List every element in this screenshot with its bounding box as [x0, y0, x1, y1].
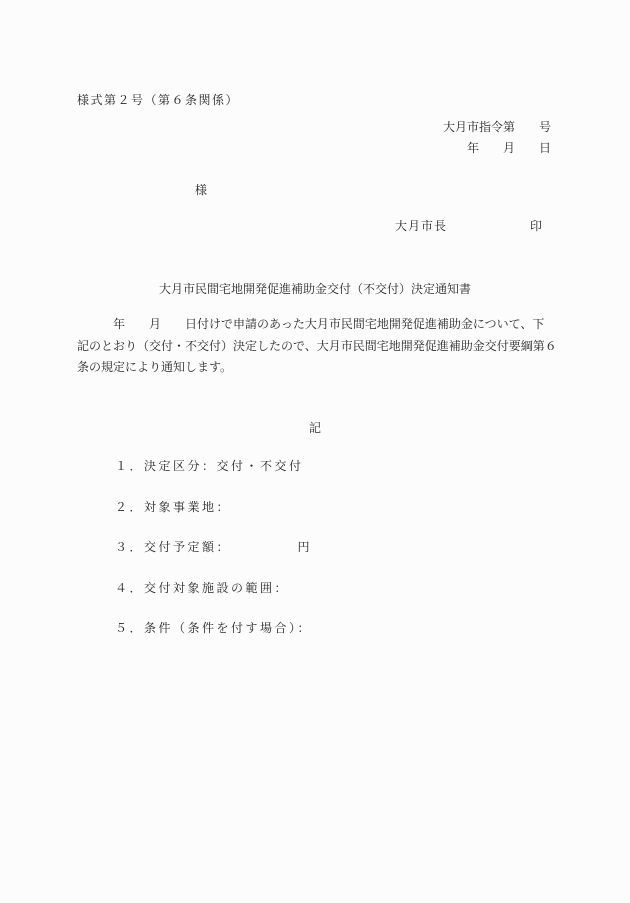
date-line: 年 月 日	[443, 138, 551, 159]
ki-marker: 記	[0, 421, 630, 435]
document-title: 大月市民間宅地開発促進補助金交付（不交付）決定通知書	[0, 282, 630, 296]
sender-mayor-title: 大月市長	[395, 219, 447, 233]
reference-block: 大月市指令第 号 年 月 日	[443, 117, 551, 159]
directive-number-line: 大月市指令第 号	[443, 117, 551, 138]
list-item-conditions: ５．条件（条件を付す場合）：	[115, 608, 570, 649]
list-item-facility-scope: ４．交付対象施設の範囲：	[115, 568, 570, 609]
seal-mark: 印	[530, 219, 542, 233]
form-number: 様式第２号（第６条関係）	[77, 93, 239, 107]
list-item-decision-category: １．決定区分：交付・不交付	[115, 446, 570, 487]
list-item-target-site: ２．対象事業地：	[115, 487, 570, 528]
body-paragraph: 年 月 日付けで申請のあった大月市民間宅地開発促進補助金について、下 記のとおり…	[77, 314, 563, 379]
list-item-planned-amount: ３．交付予定額： 円	[115, 527, 570, 568]
document-page: 様式第２号（第６条関係） 大月市指令第 号 年 月 日 様 大月市長 印 大月市…	[0, 0, 630, 903]
item-list: １．決定区分：交付・不交付 ２．対象事業地： ３．交付予定額： 円 ４．交付対象…	[115, 446, 570, 649]
addressee-honorific: 様	[195, 183, 207, 197]
